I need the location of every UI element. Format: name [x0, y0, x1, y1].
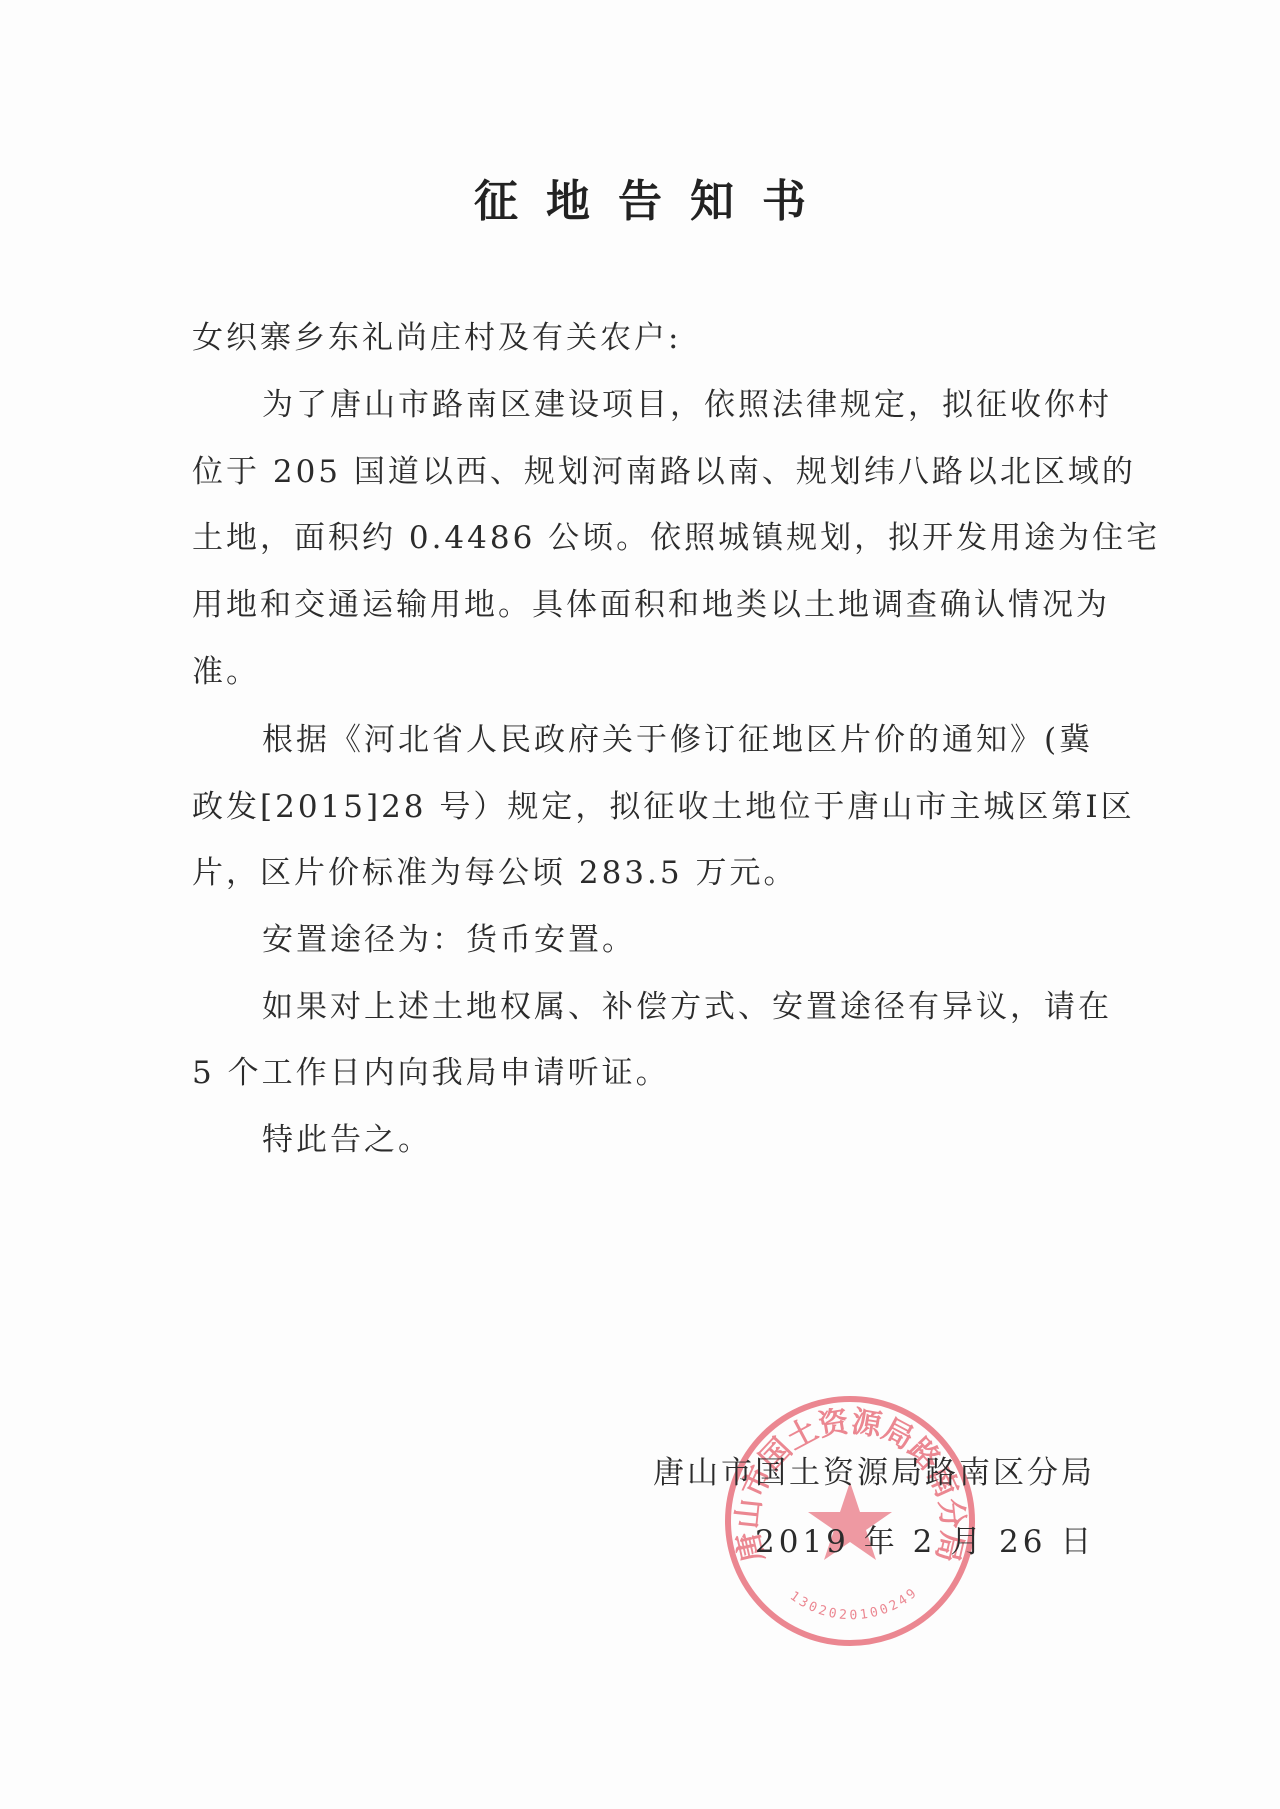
body-line: 政发[2015]28 号）规定，拟征收土地位于唐山市主城区第Ⅰ区 [192, 774, 1122, 841]
document-page: 征地告知书 女织寨乡东礼尚庄村及有关农户: 为了唐山市路南区建设项目，依照法律规… [0, 0, 1280, 1809]
body-line: 如果对上述土地权属、补偿方式、安置途径有异议，请在 [262, 974, 1192, 1041]
seal-code: 1302020100249 [787, 1585, 922, 1624]
body-line: 安置途径为：货币安置。 [262, 907, 1192, 974]
body-line: 位于 205 国道以西、规划河南路以南、规划纬八路以北区域的 [192, 439, 1122, 506]
official-seal: 唐山市国土资源局路南分局 1302020100249 [723, 1394, 977, 1648]
body-line: 为了唐山市路南区建设项目，依照法律规定，拟征收你村 [262, 372, 1192, 439]
body-line: 根据《河北省人民政府关于修订征地区片价的通知》(冀 [262, 707, 1192, 774]
body-line: 5 个工作日内向我局申请听证。 [192, 1040, 1122, 1107]
body-line: 土地，面积约 0.4486 公顷。依照城镇规划，拟开发用途为住宅 [192, 505, 1122, 572]
body-line: 特此告之。 [262, 1107, 1192, 1174]
document-title: 征地告知书 [0, 176, 1280, 228]
body-line: 用地和交通运输用地。具体面积和地类以土地调查确认情况为 [192, 572, 1122, 639]
body-line: 准。 [192, 639, 1122, 706]
body-line: 片，区片价标准为每公顷 283.5 万元。 [192, 840, 1122, 907]
issue-date: 2019 年 2 月 26 日 [755, 1522, 1095, 1562]
issuer-name: 唐山市国土资源局路南区分局 [653, 1453, 1095, 1493]
salutation: 女织寨乡东礼尚庄村及有关农户: [192, 305, 1122, 372]
